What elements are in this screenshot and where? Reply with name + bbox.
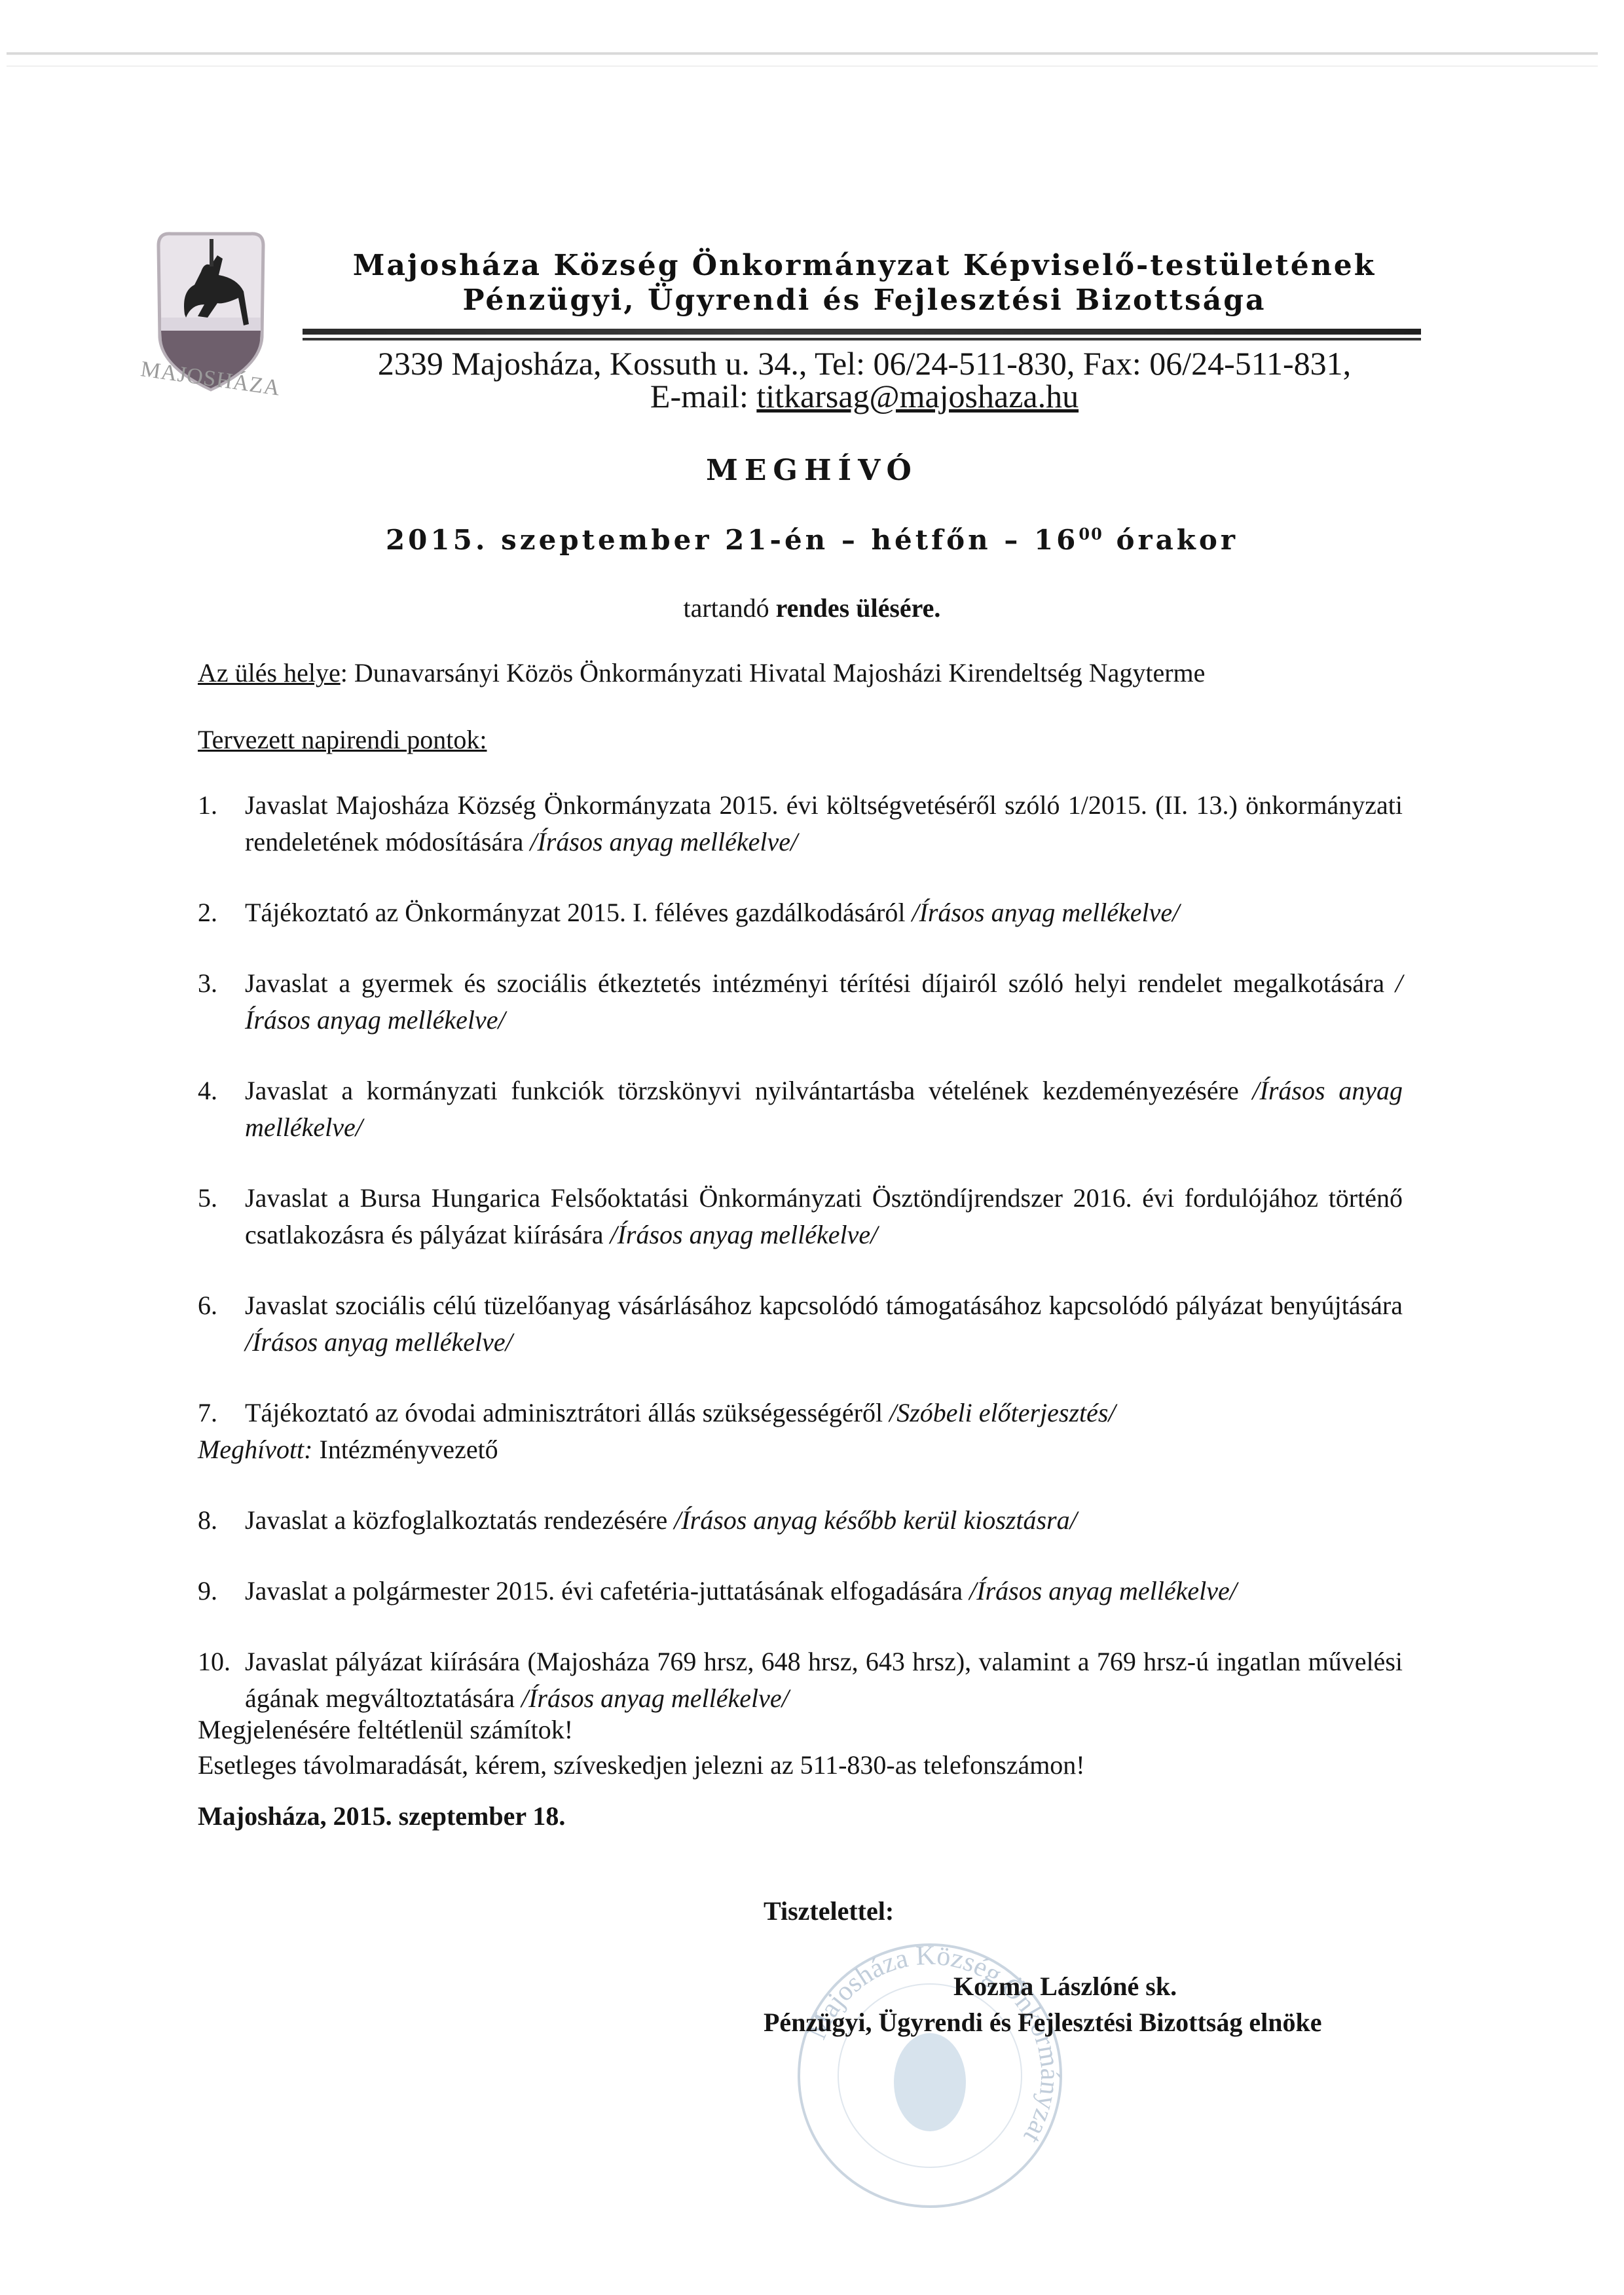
agenda-item-note: /Írásos anyag mellékelve/ <box>521 1683 789 1713</box>
agenda-item-number: 10. <box>198 1643 231 1680</box>
header-rule-thin <box>303 338 1421 340</box>
agenda-item-note: /Írásos anyag mellékelve/ <box>610 1220 877 1249</box>
session-prefix: tartandó <box>684 593 769 623</box>
agenda-item-note: /Írásos anyag mellékelve/ <box>969 1576 1237 1606</box>
agenda-item-text: Tájékoztató az óvodai adminisztrátori ál… <box>245 1398 883 1427</box>
agenda-item-number: 4. <box>198 1073 217 1109</box>
scan-edge <box>7 52 1598 55</box>
agenda-item-number: 9. <box>198 1573 217 1609</box>
org-name-line2: Pénzügyi, Ügyrendi és Fejlesztési Bizott… <box>308 284 1421 317</box>
agenda-item-text: Javaslat a kormányzati funkciók törzskön… <box>245 1076 1239 1105</box>
meeting-date-text: 2015. szeptember 21-én – hétfőn – 16 <box>386 524 1079 556</box>
org-name-line1: Majosháza Község Önkormányzat Képviselő-… <box>308 249 1421 282</box>
email-link[interactable]: titkarsag@majoshaza.hu <box>756 378 1079 414</box>
agenda-item-number: 6. <box>198 1287 217 1324</box>
agenda-item-invitee: Meghívott: Intézményvezető <box>198 1431 1403 1468</box>
agenda-item-note: /Írásos anyag mellékelve/ <box>245 1327 513 1357</box>
agenda-item: 10.Javaslat pályázat kiírására (Majosház… <box>198 1643 1403 1717</box>
agenda-item: 4.Javaslat a kormányzati funkciók törzsk… <box>198 1073 1403 1146</box>
email-label: E-mail: <box>650 378 748 414</box>
invitee-label: Meghívott: <box>198 1435 313 1464</box>
meeting-date: 2015. szeptember 21-én – hétfőn – 1600 ó… <box>0 524 1624 556</box>
meeting-time-minutes: 00 <box>1079 524 1103 543</box>
agenda-item-number: 5. <box>198 1180 217 1217</box>
agenda-item-text: Javaslat Majosháza Község Önkormányzata … <box>245 790 1403 856</box>
agenda-item-number: 2. <box>198 894 217 931</box>
agenda-item-note: /Írásos anyag később kerül kiosztásra/ <box>674 1505 1077 1535</box>
agenda-item-number: 1. <box>198 787 217 824</box>
agenda-item-note: /Írásos anyag mellékelve/ <box>912 898 1179 927</box>
agenda-list: 1.Javaslat Majosháza Község Önkormányzat… <box>198 787 1403 1717</box>
scan-edge-secondary <box>7 65 1598 67</box>
session-type: tartandó rendes ülésére. <box>0 593 1624 623</box>
meeting-time-suffix: órakor <box>1116 524 1238 556</box>
session-bold: rendes ülésére. <box>776 593 941 623</box>
agenda-item: 5.Javaslat a Bursa Hungarica Felsőoktatá… <box>198 1180 1403 1253</box>
agenda-title: Tervezett napirendi pontok: <box>198 724 487 755</box>
closing-line1: Megjelenésére feltétlenül számítok! <box>198 1712 573 1748</box>
closing-line2: Esetleges távolmaradását, kérem, szívesk… <box>198 1747 1085 1784</box>
agenda-item-text: Javaslat pályázat kiírására (Majosháza 7… <box>245 1647 1403 1713</box>
agenda-item-text: Javaslat a gyermek és szociális étkeztet… <box>245 968 1384 998</box>
agenda-item-text: Tájékoztató az Önkormányzat 2015. I. fél… <box>245 898 905 927</box>
agenda-item-text: Javaslat a közfoglalkoztatás rendezésére <box>245 1505 667 1535</box>
agenda-item-number: 8. <box>198 1502 217 1539</box>
venue: Az ülés helye: Dunavarsányi Közös Önkorm… <box>198 655 1403 691</box>
agenda-item: 1.Javaslat Majosháza Község Önkormányzat… <box>198 787 1403 860</box>
agenda-item: 8.Javaslat a közfoglalkoztatás rendezésé… <box>198 1502 1403 1539</box>
invitee-value: Intézményvezető <box>313 1435 498 1464</box>
org-email-line: E-mail: titkarsag@majoshaza.hu <box>308 377 1421 415</box>
agenda-item-note: /Írásos anyag mellékelve/ <box>530 827 798 856</box>
agenda-item: 2.Tájékoztató az Önkormányzat 2015. I. f… <box>198 894 1403 931</box>
agenda-item-text: Javaslat a polgármester 2015. évi cafeté… <box>245 1576 963 1606</box>
venue-label: Az ülés helye <box>198 658 341 688</box>
agenda-item: 7.Tájékoztató az óvodai adminisztrátori … <box>198 1395 1403 1468</box>
agenda-item-number: 7. <box>198 1395 217 1431</box>
agenda-item-note: /Szóbeli előterjesztés/ <box>889 1398 1116 1427</box>
regards: Tisztelettel: <box>764 1896 894 1926</box>
agenda-item: 6.Javaslat szociális célú tüzelőanyag vá… <box>198 1287 1403 1361</box>
agenda-item: 3.Javaslat a gyermek és szociális étkezt… <box>198 965 1403 1038</box>
document-title: MEGHÍVÓ <box>0 454 1624 487</box>
agenda-item: 9.Javaslat a polgármester 2015. évi cafe… <box>198 1573 1403 1609</box>
agenda-item-number: 3. <box>198 965 217 1002</box>
place-date: Majosháza, 2015. szeptember 18. <box>198 1801 565 1831</box>
agenda-item-text: Javaslat szociális célú tüzelőanyag vásá… <box>245 1291 1403 1320</box>
signer-role: Pénzügyi, Ügyrendi és Fejlesztési Bizott… <box>764 2007 1321 2038</box>
signer-name: Kozma Lászlóné sk. <box>953 1971 1177 2002</box>
header-rule-thick <box>303 329 1421 335</box>
venue-value: : Dunavarsányi Közös Önkormányzati Hivat… <box>341 658 1206 688</box>
